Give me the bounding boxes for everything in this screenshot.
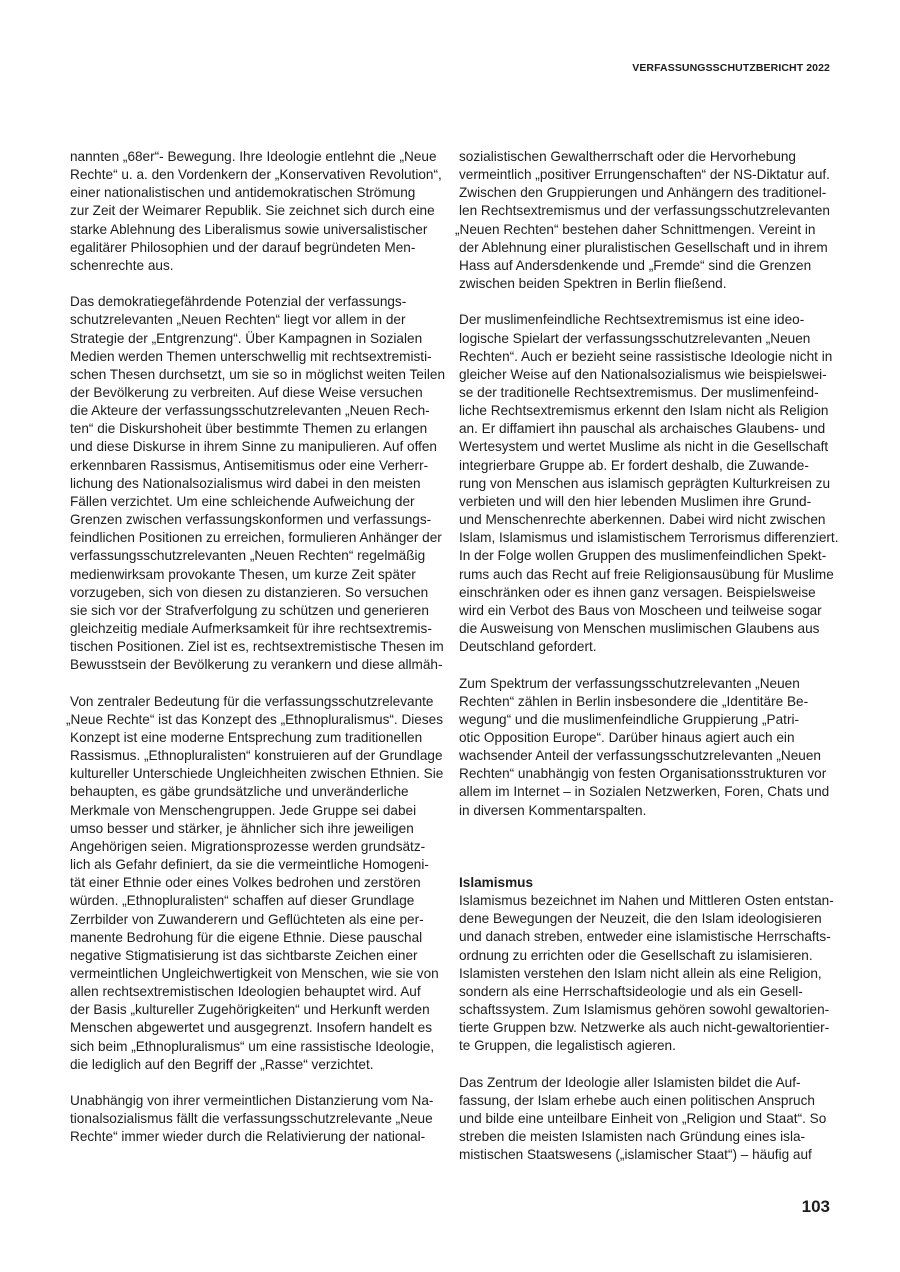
text-line: der Ablehnung einer pluralistischen Gese…	[459, 239, 844, 257]
text-line: vermeintlich „positiver Errungenschaften…	[459, 166, 844, 184]
text-line: schaftssystem. Zum Islamismus gehören so…	[459, 1001, 844, 1019]
text-line: Fällen verzichtet. Um eine schleichende …	[70, 493, 455, 511]
text-line: schutzrelevanten „Neuen Rechten“ liegt v…	[70, 311, 455, 329]
text-line: Strategie der „Entgrenzung“. Über Kampag…	[70, 330, 455, 348]
text-line: zur Zeit der Weimarer Republik. Sie zeic…	[70, 202, 455, 220]
text-line: Zum Spektrum der verfassungsschutzreleva…	[459, 675, 844, 693]
text-line: „Neue Rechte“ ist das Konzept des „Ethno…	[66, 711, 455, 729]
text-line: logische Spielart der verfassungsschutzr…	[459, 330, 844, 348]
running-header-title: VERFASSUNGSSCHUTZBERICHT 2022	[632, 62, 830, 74]
text-line: die lediglich auf den Begriff der „Rasse…	[70, 1056, 455, 1074]
text-line: in diversen Kommentarspalten.	[459, 802, 844, 820]
text-line: schen Thesen durchsetzt, um sie so in mö…	[70, 366, 455, 384]
text-line: medienwirksam provokante Thesen, um kurz…	[70, 566, 455, 584]
text-line: Rechten“ unabhängig von festen Organisat…	[459, 765, 844, 783]
text-line: Bewusstsein der Bevölkerung zu verankern…	[70, 656, 455, 674]
text-line: vermeintlichen Ungleichwertigkeit von Me…	[70, 965, 455, 983]
text-line: würden. „Ethnopluralisten“ schaffen auf …	[70, 892, 455, 910]
text-line: und diese Diskurse in ihrem Sinne zu man…	[70, 438, 455, 456]
text-line: egalitärer Philosophien und der darauf b…	[70, 239, 455, 257]
section-heading: Islamismus	[459, 874, 844, 892]
text-line: tionalsozialismus fällt die verfassungss…	[70, 1110, 455, 1128]
text-line: behaupten, es gäbe grundsätzliche und un…	[70, 783, 455, 801]
text-line: Rechten“. Auch er bezieht seine rassisti…	[459, 348, 844, 366]
text-line: Islam, Islamismus und islamistischem Ter…	[459, 529, 844, 547]
text-line: verfassungsschutzrelevanten „Neuen Recht…	[70, 547, 455, 565]
text-line: einschränken oder es ihnen ganz versagen…	[459, 584, 844, 602]
text-line: Wertesystem und wertet Muslime als nicht…	[459, 438, 844, 456]
text-line: allem im Internet – in Sozialen Netzwerk…	[459, 783, 844, 801]
text-line: Islamismus bezeichnet im Nahen und Mittl…	[459, 892, 844, 910]
text-line: mistischen Staatswesens („islamischer St…	[459, 1146, 844, 1164]
text-line: Das Zentrum der Ideologie aller Islamist…	[459, 1074, 844, 1092]
text-line: und bilde eine unteilbare Einheit von „R…	[459, 1110, 844, 1128]
text-line: der Basis „kultureller Zugehörigkeiten“ …	[70, 1001, 455, 1019]
text-line: schenrechte aus.	[70, 257, 455, 275]
text-line: tierte Gruppen bzw. Netzwerke als auch n…	[459, 1019, 844, 1037]
paragraph: Von zentraler Bedeutung für die verfassu…	[70, 693, 455, 1074]
paragraph: Unabhängig von ihrer vermeintlichen Dist…	[70, 1092, 455, 1146]
page-number: 103	[802, 1197, 830, 1217]
text-line: Zerrbilder von Zuwanderern und Geflüchte…	[70, 911, 455, 929]
text-line: der Bevölkerung zu verbreiten. Auf diese…	[70, 384, 455, 402]
text-line: einer nationalistischen und antidemokrat…	[70, 184, 455, 202]
text-line: allen rechtsextremistischen Ideologien b…	[70, 983, 455, 1001]
text-line: sondern als eine Herrschaftsideologie un…	[459, 983, 844, 1001]
text-line: Hass auf Andersdenkende und „Fremde“ sin…	[459, 257, 844, 275]
text-line: gleichzeitig mediale Aufmerksamkeit für …	[70, 620, 455, 638]
text-line: integrierbare Gruppe ab. Er fordert desh…	[459, 457, 844, 475]
text-line: wegung“ und die muslimenfeindliche Grupp…	[459, 711, 844, 729]
text-line: zwischen beiden Spektren in Berlin fließ…	[459, 275, 844, 293]
text-line: Rechte“ u. a. den Vordenkern der „Konser…	[70, 166, 455, 184]
text-line: wachsender Anteil der verfassungsschutzr…	[459, 747, 844, 765]
text-line: rung von Menschen aus islamisch geprägte…	[459, 475, 844, 493]
text-line: In der Folge wollen Gruppen des muslimen…	[459, 547, 844, 565]
text-line: die Akteure der verfassungsschutzrelevan…	[70, 402, 455, 420]
text-line: und Menschenrechte aberkennen. Dabei wir…	[459, 511, 844, 529]
text-line: Angehörigen seien. Migrationsprozesse we…	[70, 838, 455, 856]
text-line: „Neuen Rechten“ bestehen daher Schnittme…	[455, 221, 844, 239]
text-line: Menschen abgewertet und ausgegrenzt. Ins…	[70, 1019, 455, 1037]
text-line: rums auch das Recht auf freie Religionsa…	[459, 566, 844, 584]
text-line: Islamisten verstehen den Islam nicht all…	[459, 965, 844, 983]
text-line: verbieten und will den hier lebenden Mus…	[459, 493, 844, 511]
text-line: Rassismus. „Ethnopluralisten“ konstruier…	[70, 747, 455, 765]
text-line: Das demokratiegefährdende Potenzial der …	[70, 293, 455, 311]
text-line: Rechte“ immer wieder durch die Relativie…	[70, 1128, 455, 1146]
text-line: vorzugeben, sich von diesen zu distanzie…	[70, 584, 455, 602]
text-line: streben die meisten Islamisten nach Grün…	[459, 1128, 844, 1146]
text-line: len Rechtsextremismus und der verfassung…	[459, 202, 844, 220]
text-line: tät einer Ethnie oder eines Volkes bedro…	[70, 874, 455, 892]
section-islamismus: Islamismus Islamismus bezeichnet im Nahe…	[459, 874, 844, 1056]
text-line: nannten „68er“- Bewegung. Ihre Ideologie…	[70, 148, 455, 166]
section-spacer	[459, 838, 844, 874]
text-line: starke Ablehnung des Liberalismus sowie …	[70, 221, 455, 239]
text-line: erkennbaren Rassismus, Antisemitismus od…	[70, 457, 455, 475]
text-line: sie sich vor der Strafverfolgung zu schü…	[70, 602, 455, 620]
paragraph: nannten „68er“- Bewegung. Ihre Ideologie…	[70, 148, 455, 275]
text-line: sozialistischen Gewaltherrschaft oder di…	[459, 148, 844, 166]
text-line: umso besser und stärker, je ähnlicher si…	[70, 820, 455, 838]
text-line: negative Stigmatisierung ist das sichtba…	[70, 947, 455, 965]
text-line: manente Bedrohung für die eigene Ethnie.…	[70, 929, 455, 947]
text-line: die Ausweisung von Menschen muslimischen…	[459, 620, 844, 638]
text-line: se der traditionelle Rechtsextremismus. …	[459, 384, 844, 402]
text-line: Konzept ist eine moderne Entsprechung zu…	[70, 729, 455, 747]
text-line: Medien werden Themen unterschwellig mit …	[70, 348, 455, 366]
text-line: an. Er diffamiert ihn pauschal als archa…	[459, 420, 844, 438]
left-column: nannten „68er“- Bewegung. Ihre Ideologie…	[70, 148, 455, 1165]
paragraph: Das Zentrum der Ideologie aller Islamist…	[459, 1074, 844, 1165]
text-line: Von zentraler Bedeutung für die verfassu…	[70, 693, 455, 711]
text-line: Deutschland gefordert.	[459, 638, 844, 656]
text-line: Zwischen den Gruppierungen und Anhängern…	[459, 184, 844, 202]
text-line: kultureller Unterschiede Ungleichheiten …	[70, 765, 455, 783]
text-line: Der muslimenfeindliche Rechtsextremismus…	[459, 311, 844, 329]
text-line: te Gruppen, die legalistisch agieren.	[459, 1037, 844, 1055]
paragraph: sozialistischen Gewaltherrschaft oder di…	[459, 148, 844, 293]
text-line: und danach streben, entweder eine islami…	[459, 928, 844, 946]
text-line: Grenzen zwischen verfassungskonformen un…	[70, 511, 455, 529]
right-column: sozialistischen Gewaltherrschaft oder di…	[459, 148, 844, 1183]
text-line: feindlichen Positionen zu erreichen, for…	[70, 529, 455, 547]
text-line: lichung des Nationalsozialismus wird dab…	[70, 475, 455, 493]
text-line: dene Bewegungen der Neuzeit, die den Isl…	[459, 910, 844, 928]
text-line: liche Rechtsextremismus erkennt den Isla…	[459, 402, 844, 420]
text-line: ten“ die Diskurshoheit über bestimmte Th…	[70, 420, 455, 438]
text-line: tischen Positionen. Ziel ist es, rechtse…	[70, 638, 455, 656]
text-line: sich beim „Ethnopluralismus“ um eine ras…	[70, 1038, 455, 1056]
text-line: fassung, der Islam erhebe auch einen pol…	[459, 1092, 844, 1110]
paragraph: Zum Spektrum der verfassungsschutzreleva…	[459, 675, 844, 820]
paragraph: Das demokratiegefährdende Potenzial der …	[70, 293, 455, 674]
text-line: Unabhängig von ihrer vermeintlichen Dist…	[70, 1092, 455, 1110]
text-line: ordnung zu errichten oder die Gesellscha…	[459, 947, 844, 965]
text-line: gleicher Weise auf den Nationalsozialism…	[459, 366, 844, 384]
paragraph: Der muslimenfeindliche Rechtsextremismus…	[459, 311, 844, 656]
text-line: wird ein Verbot des Baus von Moscheen un…	[459, 602, 844, 620]
text-line: lich als Gefahr definiert, da sie die ve…	[70, 856, 455, 874]
text-line: Rechten“ zählen in Berlin insbesondere d…	[459, 693, 844, 711]
text-line: Merkmale von Menschengruppen. Jede Grupp…	[70, 802, 455, 820]
text-line: otic Opposition Europe“. Darüber hinaus …	[459, 729, 844, 747]
